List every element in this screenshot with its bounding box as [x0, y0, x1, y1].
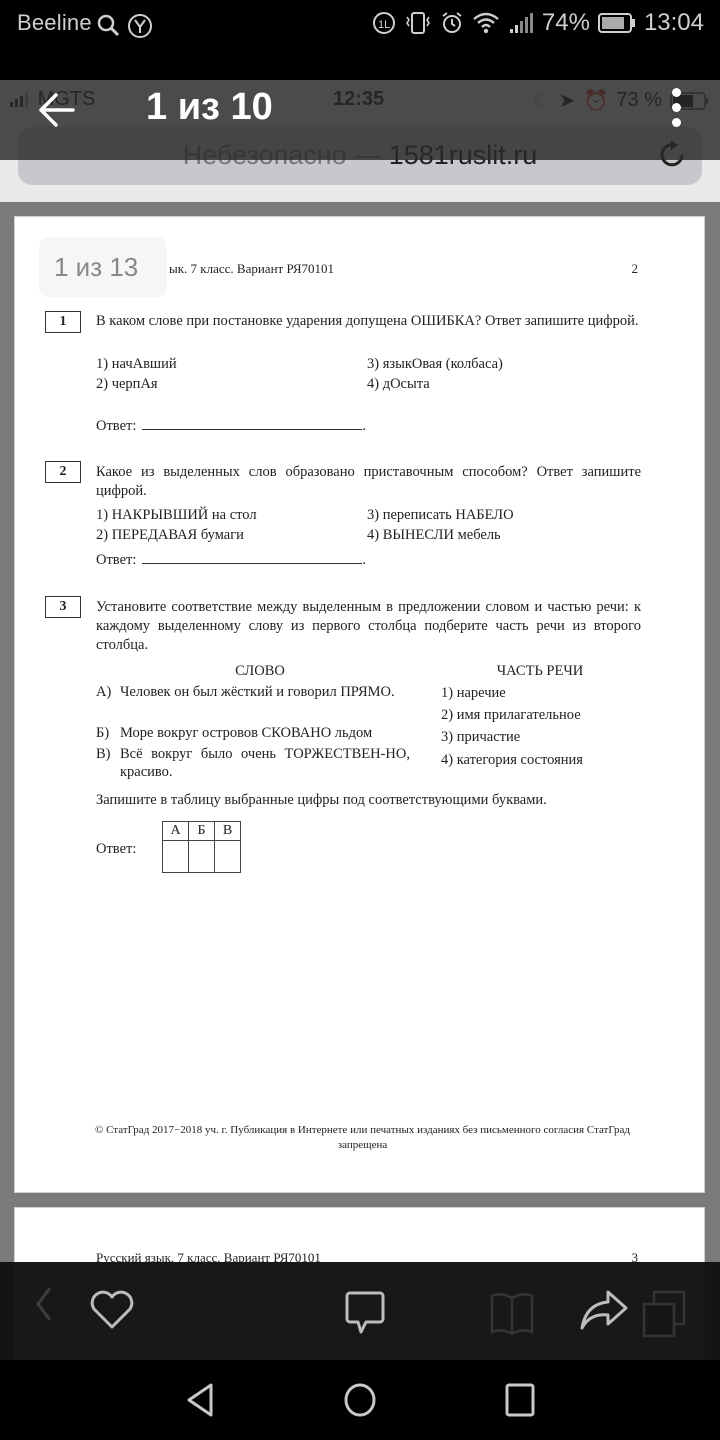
- option: 3) языкОвая (колбаса): [367, 354, 503, 374]
- battery-icon: [598, 12, 636, 34]
- answer-table-cell: [189, 841, 215, 873]
- status-gap: [0, 50, 720, 80]
- answer-table: А Б В: [162, 821, 241, 873]
- option: 2) черпАя: [96, 374, 158, 394]
- page-header-text: ык. 7 класс. Вариант РЯ70101: [169, 261, 334, 277]
- question-number-box: 3: [45, 596, 81, 618]
- arrow-left-icon[interactable]: [36, 92, 76, 128]
- tabs-icon: [640, 1288, 688, 1340]
- answer-blank: [142, 416, 362, 430]
- android-status-bar: Beeline 1L 74% 13:04: [0, 0, 720, 50]
- alarm-icon: [440, 11, 464, 35]
- share-icon[interactable]: [578, 1288, 630, 1332]
- option: 3) переписать НАБЕЛО: [367, 505, 514, 525]
- part-of-speech-option: 4) категория состояния: [441, 750, 583, 770]
- svg-text:1L: 1L: [378, 19, 390, 31]
- chevron-left-icon: [34, 1284, 54, 1324]
- gallery-title: 1 из 10: [146, 86, 273, 129]
- answer-line: Ответ:.: [96, 550, 366, 569]
- home-circle-icon[interactable]: [342, 1382, 378, 1418]
- pdf-page-counter: 1 из 13: [39, 237, 167, 297]
- match-item-b: Б) Море вокруг островов СКОВАНО льдом: [96, 724, 416, 744]
- image-viewer-content[interactable]: MGTS 12:35 ☾ ➤ ⏰ 73 % Небезопасно — 1581…: [0, 80, 720, 1360]
- answer-blank: [142, 550, 362, 564]
- option: 1) начАвший: [96, 354, 177, 374]
- gallery-top-bar: 1 из 10: [0, 80, 720, 160]
- vibrate-icon: [404, 11, 432, 35]
- data-saver-icon: 1L: [372, 11, 396, 35]
- answer-table-header: Б: [189, 822, 215, 841]
- option: 4) дОсыта: [367, 374, 430, 394]
- question-text: Установите соответствие между выделенным…: [96, 598, 641, 655]
- search-icon: [96, 13, 120, 37]
- question-text: Какое из выделенных слов образовано прис…: [96, 463, 641, 501]
- clock: 13:04: [644, 9, 704, 37]
- match-item-v: В) Всё вокруг было очень ТОРЖЕСТВЕН-НО, …: [96, 745, 416, 783]
- battery-percent: 74%: [542, 9, 590, 37]
- answer-label: Ответ:: [96, 839, 136, 859]
- answer-table-cell: [215, 841, 241, 873]
- android-nav-bar: [0, 1360, 720, 1440]
- comment-icon[interactable]: [344, 1290, 386, 1336]
- column-header-part-of-speech: ЧАСТЬ РЕЧИ: [465, 663, 615, 680]
- option: 2) ПЕРЕДАВАЯ бумаги: [96, 525, 244, 545]
- gallery-bottom-toolbar: [0, 1262, 720, 1360]
- answer-line: Ответ:.: [96, 416, 366, 435]
- carrier-name: Beeline: [17, 10, 92, 36]
- back-triangle-icon[interactable]: [185, 1382, 215, 1418]
- bookmarks-icon: [488, 1292, 536, 1336]
- table-instruction: Запишите в таблицу выбранные цифры под с…: [96, 790, 547, 810]
- wifi-icon: [472, 11, 500, 35]
- option: 4) ВЫНЕСЛИ мебель: [367, 525, 501, 545]
- match-item-a: А) Человек он был жёсткий и говорил ПРЯМ…: [96, 683, 416, 721]
- part-of-speech-option: 2) имя прилагательное: [441, 705, 581, 725]
- yandex-icon: [127, 13, 153, 39]
- pdf-page: ык. 7 класс. Вариант РЯ70101 2 1 из 13 1…: [14, 216, 705, 1193]
- kebab-menu-icon[interactable]: [668, 88, 684, 128]
- part-of-speech-option: 1) наречие: [441, 683, 506, 703]
- option: 1) НАКРЫВШИЙ на стол: [96, 505, 257, 525]
- question-number-box: 1: [45, 311, 81, 333]
- recents-square-icon[interactable]: [504, 1382, 536, 1418]
- answer-table-header: В: [215, 822, 241, 841]
- question-number-box: 2: [45, 461, 81, 483]
- question-text: В каком слове при постановке ударения до…: [96, 312, 641, 331]
- part-of-speech-option: 3) причастие: [441, 727, 520, 747]
- answer-table-cell: [163, 841, 189, 873]
- column-header-word: СЛОВО: [195, 663, 325, 680]
- copyright-footer: © СтатГрад 2017−2018 уч. г. Публикация в…: [75, 1123, 650, 1153]
- page-number: 2: [632, 261, 639, 277]
- answer-table-header: А: [163, 822, 189, 841]
- heart-icon[interactable]: [89, 1290, 135, 1330]
- signal-icon: [508, 11, 534, 35]
